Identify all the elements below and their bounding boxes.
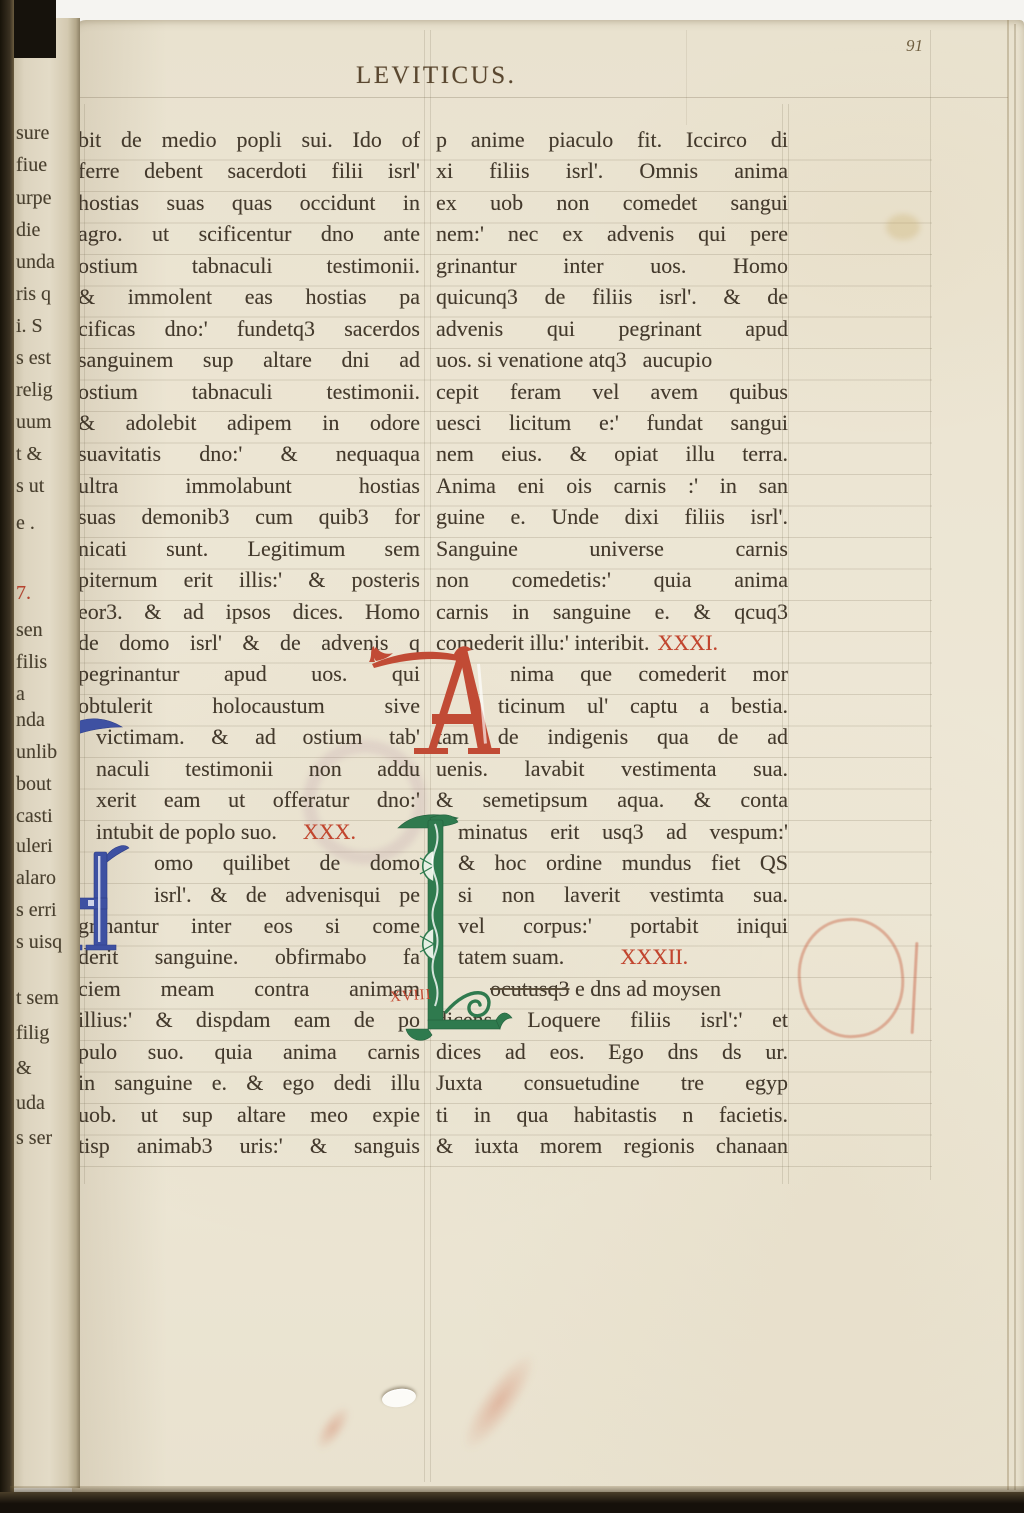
text-segment: & iuxta morem regionis chanaan [436, 1133, 788, 1158]
text-segment: XXXII. [620, 944, 688, 969]
text-segment: ostium tabnaculi testimonii. [78, 253, 420, 278]
text-segment: eor3. & ad ipsos dices. Homo [78, 599, 420, 624]
text-segment: tisp animab3 uris:' & sanguis [78, 1133, 420, 1158]
margin-ruling-line [686, 30, 687, 125]
manuscript-line: advenis qui pegrinant apud [436, 313, 788, 344]
text-segment: advenis qui pegrinant apud [436, 316, 788, 341]
clipped-text-fragment: bout [16, 769, 80, 799]
text-segment: non comedetis:' quia anima [436, 567, 788, 592]
manuscript-line: nem:' nec ex advenis qui pere [436, 218, 788, 249]
text-segment: & adolebit adipem in odore [78, 410, 420, 435]
page-edge-line [1014, 24, 1016, 1490]
text-segment: ciem meam contra animam [78, 976, 420, 1001]
manuscript-line: piternum erit illis:' & posteris [78, 564, 420, 595]
manuscript-line: uesci licitum e:' fundat sangui [436, 407, 788, 438]
text-segment: aucupio [643, 347, 713, 372]
text-segment: omo quilibet de domo [154, 850, 420, 875]
book-spine-shadow [0, 0, 14, 1513]
text-segment: xi filiis isrl'. Omnis anima [436, 158, 788, 183]
manuscript-line: hostias suas quas occidunt in [78, 187, 420, 218]
manuscript-line: cepit feram vel avem quibus [436, 376, 788, 407]
text-segment: sanguinem sup altare dni ad [78, 347, 420, 372]
manuscript-photo: LEVITICUS. 91 bit de medio popli sui. Id… [0, 0, 1024, 1513]
manuscript-line: guine e. Unde dixi filiis isrl'. [436, 501, 788, 532]
manuscript-line: & iuxta morem regionis chanaan [436, 1130, 788, 1161]
backdrop-bottom [0, 1492, 1024, 1513]
clipped-text-fragment: nda [16, 705, 80, 735]
manuscript-line: agro. ut scificentur dno ante [78, 218, 420, 249]
clipped-text-fragment: unlib [16, 737, 80, 767]
clipped-text-fragment: relig [16, 375, 80, 405]
clipped-text-fragment: ris q [16, 279, 80, 309]
text-segment: illius:' & dispdam eam de po [78, 1007, 420, 1032]
text-segment: XXX. [303, 819, 356, 844]
text-segment: Anima eni ois carnis :' in san [436, 473, 788, 498]
manuscript-line: nicati sunt. Legitimum sem [78, 533, 420, 564]
manuscript-line: in sanguine e. & ego dedi illu [78, 1067, 420, 1098]
text-segment: in sanguine e. & ego dedi illu [78, 1070, 420, 1095]
clipped-text-fragment: t & [16, 439, 80, 469]
clipped-text-fragment: alaro [16, 863, 80, 893]
manuscript-line: Sanguine universe carnis [436, 533, 788, 564]
text-segment: & immolent eas hostias pa [78, 284, 420, 309]
facing-page-edge: surefiueurpedieundaris qi. Ss estreliguu… [12, 18, 80, 1488]
clipped-text-fragment: s uisq [16, 927, 80, 957]
clipped-text-fragment: s est [16, 343, 80, 373]
illuminated-initial-a [366, 638, 508, 770]
text-segment: grinantur inter uos. Homo [436, 253, 788, 278]
clipped-text-fragment: s ser [16, 1123, 80, 1153]
manuscript-line: ultra immolabunt hostias [78, 470, 420, 501]
clipped-text-fragment: t sem [16, 983, 80, 1013]
manuscript-line: ferre debent sacerdoti filii isrl' [78, 155, 420, 186]
text-segment: ostium tabnaculi testimonii. [78, 379, 420, 404]
clipped-text-fragment: sen [16, 615, 80, 645]
manuscript-line: xi filiis isrl'. Omnis anima [436, 155, 788, 186]
text-segment: xerit eam ut offeratur dno:' [96, 787, 420, 812]
manuscript-line: uob. ut sup altare meo expie [78, 1099, 420, 1130]
margin-ruling-line [930, 30, 931, 1180]
manuscript-line: uos. si venatione atq3aucupio [436, 344, 788, 375]
manuscript-line: illius:' & dispdam eam de po [78, 1004, 420, 1035]
text-segment: ferre debent sacerdoti filii isrl' [78, 158, 420, 183]
illuminated-initial-l [390, 806, 542, 1054]
text-segment: carnis in sanguine e. & qcuq3 [436, 599, 788, 624]
clipped-text-fragment: uum [16, 407, 80, 437]
text-segment: ex uob non comedet sangui [436, 190, 788, 215]
manuscript-line: quicunq3 de filiis isrl'. & de [436, 281, 788, 312]
header-ruling-line [62, 97, 1008, 98]
text-segment: hostias suas quas occidunt in [78, 190, 420, 215]
clipped-text-fragment: uleri [16, 831, 80, 861]
page-edge-line [1007, 20, 1009, 1490]
manuscript-line: tisp animab3 uris:' & sanguis [78, 1130, 420, 1161]
text-segment: uesci licitum e:' fundat sangui [436, 410, 788, 435]
manuscript-line: eor3. & ad ipsos dices. Homo [78, 596, 420, 627]
text-segment: nem eius. & opiat illu terra. [436, 441, 788, 466]
running-title: LEVITICUS. [356, 62, 516, 90]
text-segment: Sanguine universe carnis [436, 536, 788, 561]
clipped-text-fragment: uda [16, 1088, 80, 1118]
manuscript-line: sanguinem sup altare dni ad [78, 344, 420, 375]
text-segment: ti in qua habitastis n facietis. [436, 1102, 788, 1127]
clipped-text-fragment: & [16, 1053, 80, 1083]
text-segment: nem:' nec ex advenis qui pere [436, 221, 788, 246]
manuscript-line: & adolebit adipem in odore [78, 407, 420, 438]
text-segment: ticinum ul' captu a bestia. [498, 693, 788, 718]
text-segment: XXXI. [658, 630, 719, 655]
manuscript-line: non comedetis:' quia anima [436, 564, 788, 595]
manuscript-line: p anime piaculo fit. Iccirco di [436, 124, 788, 155]
text-segment: p anime piaculo fit. Iccirco di [436, 127, 788, 152]
manuscript-line: carnis in sanguine e. & qcuq3 [436, 596, 788, 627]
margin-chapter-number: XVIII [389, 987, 432, 1007]
clipped-text-fragment: casti [16, 801, 80, 831]
manuscript-line: Juxta consuetudine tre egyp [436, 1067, 788, 1098]
text-segment: pulo suo. quia anima carnis [78, 1039, 420, 1064]
clipped-text-fragment: unda [16, 247, 80, 277]
text-segment: e dns ad moysen [569, 976, 721, 1001]
manuscript-line: & immolent eas hostias pa [78, 281, 420, 312]
clipped-text-fragment: i. S [16, 311, 80, 341]
clipped-text-fragment: fiue [16, 150, 80, 180]
text-segment: suavitatis dno:' & nequaqua [78, 441, 420, 466]
text-segment: agro. ut scificentur dno ante [78, 221, 420, 246]
clipped-text-fragment: die [16, 215, 80, 245]
text-segment: uos. si venatione atq3 [436, 347, 627, 372]
manuscript-line: ciem meam contra animam [78, 973, 420, 1004]
text-segment: ultra immolabunt hostias [78, 473, 420, 498]
text-segment: cepit feram vel avem quibus [436, 379, 788, 404]
folio-number: 91 [906, 36, 923, 56]
text-segment: isrl'. & de advenisqui pe [154, 882, 420, 907]
column-ruling-line [788, 104, 789, 1184]
manuscript-line: pulo suo. quia anima carnis [78, 1036, 420, 1067]
stain [886, 214, 920, 240]
manuscript-line: ex uob non comedet sangui [436, 187, 788, 218]
clipped-text-fragment: 7. [16, 578, 80, 608]
manuscript-line: cificas dno:' fundetq3 sacerdos [78, 313, 420, 344]
manuscript-line: suavitatis dno:' & nequaqua [78, 438, 420, 469]
text-segment: uob. ut sup altare meo expie [78, 1102, 420, 1127]
manuscript-line: ostium tabnaculi testimonii. [78, 250, 420, 281]
text-segment: suas demonib3 cum quib3 for [78, 504, 420, 529]
text-segment: Juxta consuetudine tre egyp [436, 1070, 788, 1095]
manuscript-line: suas demonib3 cum quib3 for [78, 501, 420, 532]
text-segment: guine e. Unde dixi filiis isrl'. [436, 504, 788, 529]
manuscript-line: ti in qua habitastis n facietis. [436, 1099, 788, 1130]
manuscript-line: Anima eni ois carnis :' in san [436, 470, 788, 501]
clipped-text-fragment: filig [16, 1018, 80, 1048]
manuscript-line: nem eius. & opiat illu terra. [436, 438, 788, 469]
manuscript-line: bit de medio popli sui. Ido of [78, 124, 420, 155]
text-segment: cificas dno:' fundetq3 sacerdos [78, 316, 420, 341]
clipped-text-fragment: e . [16, 508, 80, 538]
clipped-text-fragment: urpe [16, 183, 80, 213]
manuscript-line: grinantur inter uos. Homo [436, 250, 788, 281]
text-segment: nicati sunt. Legitimum sem [78, 536, 420, 561]
clipped-text-fragment: filis [16, 647, 80, 677]
clipped-text-fragment: s erri [16, 895, 80, 925]
manuscript-line: ostium tabnaculi testimonii. [78, 376, 420, 407]
text-segment: piternum erit illis:' & posteris [78, 567, 420, 592]
text-segment: nima que comederit mor [510, 661, 788, 686]
clipped-text-fragment: s ut [16, 471, 80, 501]
text-segment: quicunq3 de filiis isrl'. & de [436, 284, 788, 309]
text-segment: bit de medio popli sui. Ido of [78, 127, 420, 152]
clipped-text-fragment: sure [16, 118, 80, 148]
